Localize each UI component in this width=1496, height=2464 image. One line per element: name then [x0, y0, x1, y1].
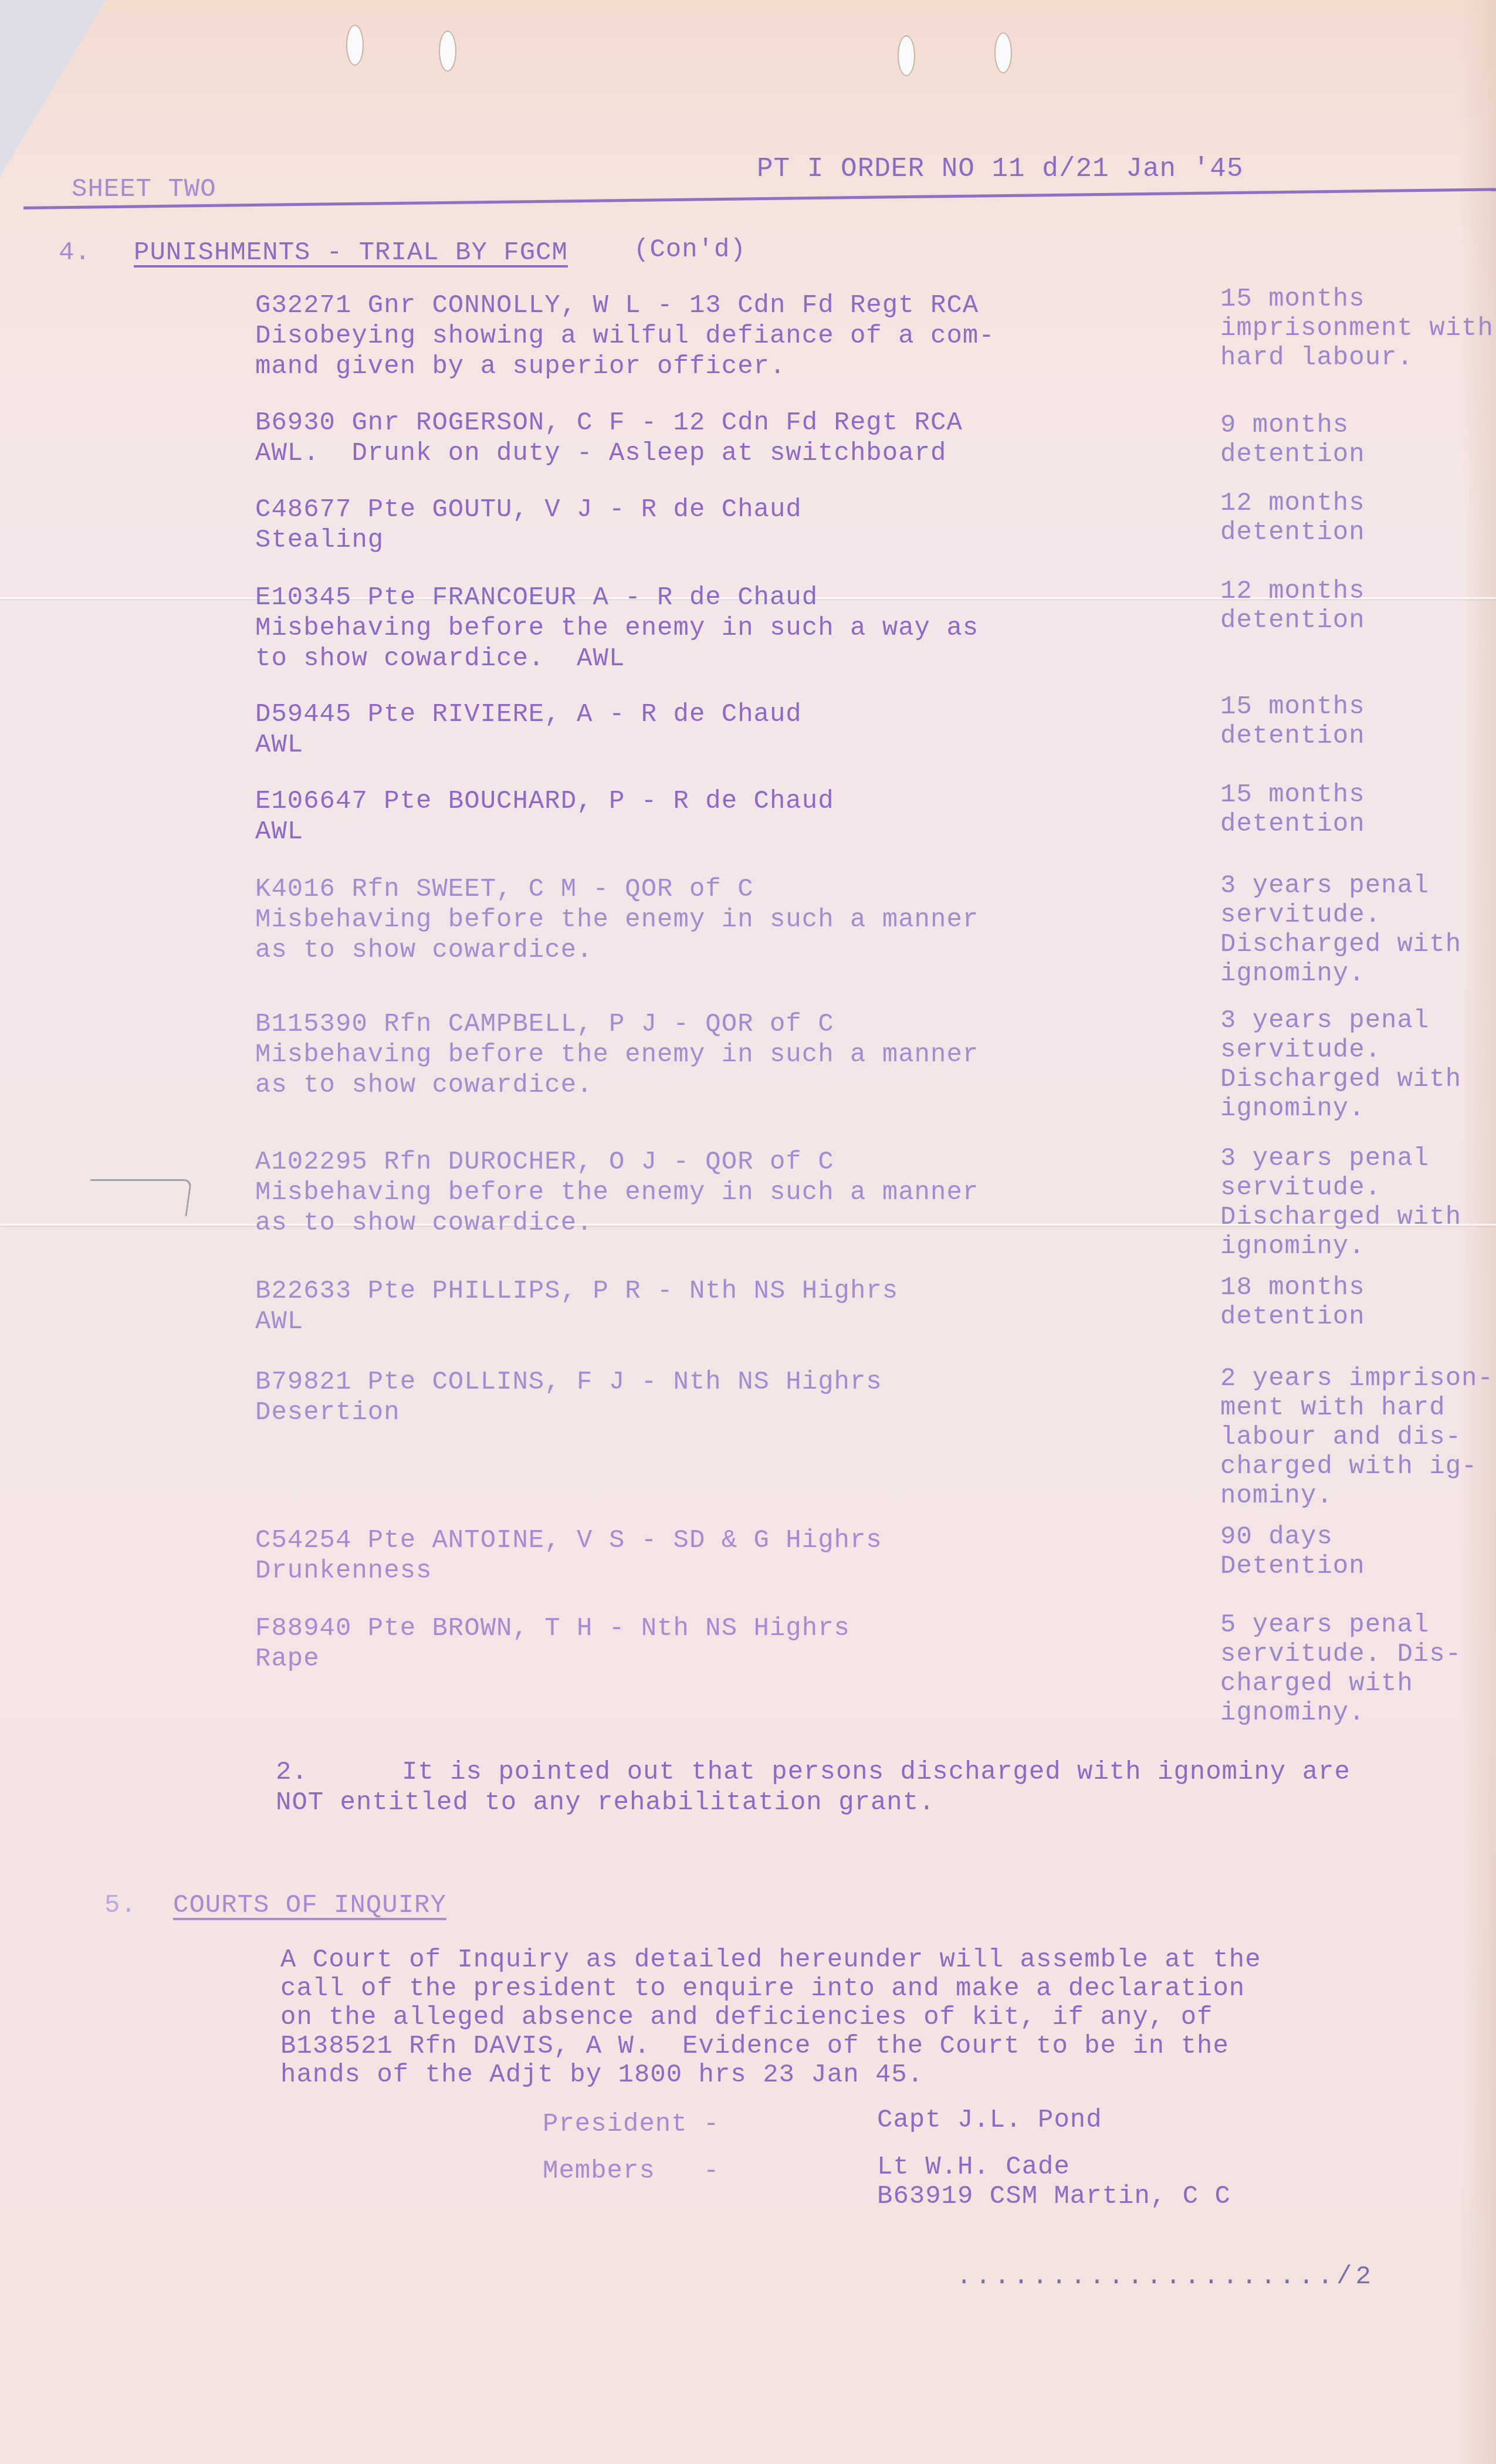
punch-hole-4	[994, 32, 1012, 73]
sentence: 3 years penalservitude.Discharged withig…	[1220, 1144, 1496, 1261]
punishment-entry: B115390 Rfn CAMPBELL, P J - QOR of CMisb…	[255, 1009, 1135, 1101]
order-reference: PT I ORDER NO 11 d/21 Jan '45	[757, 154, 1244, 184]
sentence-line: 3 years penal	[1220, 1144, 1496, 1173]
punishment-entry: E106647 Pte BOUCHARD, P - R de ChaudAWL	[255, 786, 1135, 847]
sentence-line: imprisonment with	[1220, 314, 1496, 343]
sheet-label: SHEET TWO	[72, 174, 216, 205]
offender-line: D59445 Pte RIVIERE, A - R de Chaud	[255, 699, 1135, 730]
sentence-line: charged with	[1220, 1669, 1496, 1698]
offence-line: Misbehaving before the enemy in such a m…	[255, 1177, 1135, 1208]
punch-hole-2	[439, 31, 456, 72]
note-line-1: It is pointed out that persons discharge…	[402, 1757, 1351, 1788]
sentence-line: detention	[1220, 722, 1496, 751]
president-name: Capt J.L. Pond	[877, 2105, 1102, 2135]
sentence-line: servitude.	[1220, 1035, 1496, 1065]
sentence-line: ignominy.	[1220, 1232, 1496, 1261]
sentence: 90 daysDetention	[1220, 1522, 1496, 1581]
offence-line: as to show cowardice.	[255, 1070, 1135, 1101]
offence-line: AWL	[255, 1307, 1135, 1337]
sentence-line: Detention	[1220, 1552, 1496, 1581]
offence-line: Desertion	[255, 1397, 1135, 1428]
section-4-title: PUNISHMENTS - TRIAL BY FGCM	[134, 238, 568, 268]
continuation-marker: ..................../2	[956, 2262, 1375, 2292]
offender-line: K4016 Rfn SWEET, C M - QOR of C	[255, 874, 1135, 905]
sentence: 15 monthsimprisonment withhard labour.	[1220, 285, 1496, 373]
sentence-line: 90 days	[1220, 1522, 1496, 1552]
note-number: 2.	[276, 1757, 308, 1788]
punishment-entry: D59445 Pte RIVIERE, A - R de ChaudAWL	[255, 699, 1135, 760]
sentence-line: 9 months	[1220, 411, 1496, 440]
sentence: 18 monthsdetention	[1220, 1273, 1496, 1332]
section-4-suffix: (Con'd)	[634, 235, 746, 265]
sentence-line: nominy.	[1220, 1481, 1496, 1511]
sentence-line: ignominy.	[1220, 959, 1496, 989]
punishment-entry: A102295 Rfn DUROCHER, O J - QOR of CMisb…	[255, 1147, 1135, 1238]
sentence-line: servitude.	[1220, 1173, 1496, 1203]
sentence: 12 monthsdetention	[1220, 489, 1496, 547]
offender-line: B22633 Pte PHILLIPS, P R - Nth NS Highrs	[255, 1276, 1135, 1307]
sentence-line: detention	[1220, 810, 1496, 839]
sentence-line: servitude.	[1220, 901, 1496, 930]
offender-line: B79821 Pte COLLINS, F J - Nth NS Highrs	[255, 1367, 1135, 1397]
punishment-entry: G32271 Gnr CONNOLLY, W L - 13 Cdn Fd Reg…	[255, 290, 1135, 382]
member-2: B63919 CSM Martin, C C	[877, 2181, 1231, 2212]
sentence-line: ignominy.	[1220, 1698, 1496, 1728]
sentence-line: detention	[1220, 606, 1496, 635]
sentence-line: ment with hard	[1220, 1393, 1496, 1423]
sentence-line: 12 months	[1220, 577, 1496, 606]
note-line-2: NOT entitled to any rehabilitation grant…	[276, 1788, 935, 1818]
sentence-line: 18 months	[1220, 1273, 1496, 1302]
sentence-line: detention	[1220, 440, 1496, 469]
punishment-entry: K4016 Rfn SWEET, C M - QOR of CMisbehavi…	[255, 874, 1135, 966]
members-label: Members -	[543, 2156, 719, 2187]
pencil-mark	[86, 1179, 192, 1216]
sentence-line: 5 years penal	[1220, 1610, 1496, 1640]
inquiry-paragraph-line-5: hands of the Adjt by 1800 hrs 23 Jan 45.	[280, 2060, 923, 2090]
sentence-line: detention	[1220, 1302, 1496, 1332]
offence-line: Drunkenness	[255, 1556, 1135, 1586]
sentence-line: 15 months	[1220, 780, 1496, 810]
offence-line: to show cowardice. AWL	[255, 644, 1135, 674]
sentence-line: 12 months	[1220, 489, 1496, 518]
offender-line: C48677 Pte GOUTU, V J - R de Chaud	[255, 495, 1135, 525]
sentence-line: hard labour.	[1220, 343, 1496, 373]
sentence-line: detention	[1220, 518, 1496, 547]
offence-line: Rape	[255, 1644, 1135, 1674]
inquiry-paragraph-line-1: A Court of Inquiry as detailed hereunder…	[280, 1945, 1261, 1975]
punishment-entry: F88940 Pte BROWN, T H - Nth NS HighrsRap…	[255, 1613, 1135, 1674]
sentence: 15 monthsdetention	[1220, 780, 1496, 839]
section-5-title: COURTS OF INQUIRY	[173, 1890, 446, 1921]
inquiry-paragraph-line-3: on the alleged absence and deficiencies …	[280, 2002, 1213, 2033]
offence-line: AWL	[255, 817, 1135, 847]
offender-line: B6930 Gnr ROGERSON, C F - 12 Cdn Fd Regt…	[255, 408, 1135, 438]
punishment-entry: B79821 Pte COLLINS, F J - Nth NS HighrsD…	[255, 1367, 1135, 1428]
inquiry-paragraph-line-4: B138521 Rfn DAVIS, A W. Evidence of the …	[280, 2031, 1229, 2062]
sentence-line: Discharged with	[1220, 930, 1496, 959]
sentence-line: labour and dis-	[1220, 1423, 1496, 1452]
offence-line: AWL. Drunk on duty - Asleep at switchboa…	[255, 438, 1135, 469]
sentence: 12 monthsdetention	[1220, 577, 1496, 635]
sentence-line: 15 months	[1220, 692, 1496, 722]
sentence-line: 3 years penal	[1220, 871, 1496, 901]
offender-line: E10345 Pte FRANCOEUR A - R de Chaud	[255, 583, 1135, 613]
sentence-line: 15 months	[1220, 285, 1496, 314]
section-5-number: 5.	[104, 1890, 137, 1921]
sentence-line: 2 years imprison-	[1220, 1364, 1496, 1393]
offence-line: as to show cowardice.	[255, 935, 1135, 966]
offence-line: as to show cowardice.	[255, 1208, 1135, 1238]
punishment-entry: B6930 Gnr ROGERSON, C F - 12 Cdn Fd Regt…	[255, 408, 1135, 469]
sentence: 9 monthsdetention	[1220, 411, 1496, 469]
sentence-line: charged with ig-	[1220, 1452, 1496, 1481]
section-4-number: 4.	[59, 238, 91, 268]
punch-hole-1	[346, 25, 364, 66]
sentence-line: Discharged with	[1220, 1065, 1496, 1094]
offender-line: F88940 Pte BROWN, T H - Nth NS Highrs	[255, 1613, 1135, 1644]
punishment-entry: C48677 Pte GOUTU, V J - R de ChaudSteali…	[255, 495, 1135, 556]
sentence: 2 years imprison-ment with hardlabour an…	[1220, 1364, 1496, 1511]
member-1: Lt W.H. Cade	[877, 2152, 1070, 2182]
offence-line: Disobeying showing a wilful defiance of …	[255, 321, 1135, 351]
punch-hole-3	[898, 35, 915, 76]
offender-line: C54254 Pte ANTOINE, V S - SD & G Highrs	[255, 1525, 1135, 1556]
sentence-line: 3 years penal	[1220, 1006, 1496, 1035]
sentence-line: Discharged with	[1220, 1203, 1496, 1232]
offence-line: Misbehaving before the enemy in such a m…	[255, 905, 1135, 935]
offence-line: mand given by a superior officer.	[255, 351, 1135, 382]
president-label: President -	[543, 2109, 719, 2140]
sentence: 3 years penalservitude.Discharged withig…	[1220, 871, 1496, 989]
offence-line: AWL	[255, 730, 1135, 760]
offender-line: E106647 Pte BOUCHARD, P - R de Chaud	[255, 786, 1135, 817]
offender-line: A102295 Rfn DUROCHER, O J - QOR of C	[255, 1147, 1135, 1177]
sentence: 5 years penalservitude. Dis-charged with…	[1220, 1610, 1496, 1728]
sentence-line: ignominy.	[1220, 1094, 1496, 1123]
offender-line: B115390 Rfn CAMPBELL, P J - QOR of C	[255, 1009, 1135, 1040]
sentence: 15 monthsdetention	[1220, 692, 1496, 751]
inquiry-paragraph-line-2: call of the president to enquire into an…	[280, 1974, 1245, 2004]
punishment-entry: E10345 Pte FRANCOEUR A - R de ChaudMisbe…	[255, 583, 1135, 674]
offence-line: Misbehaving before the enemy in such a m…	[255, 1040, 1135, 1070]
offence-line: Misbehaving before the enemy in such a w…	[255, 613, 1135, 644]
offence-line: Stealing	[255, 525, 1135, 556]
punishment-entry: B22633 Pte PHILLIPS, P R - Nth NS Highrs…	[255, 1276, 1135, 1337]
offender-line: G32271 Gnr CONNOLLY, W L - 13 Cdn Fd Reg…	[255, 290, 1135, 321]
sentence: 3 years penalservitude.Discharged withig…	[1220, 1006, 1496, 1123]
punishment-entry: C54254 Pte ANTOINE, V S - SD & G HighrsD…	[255, 1525, 1135, 1586]
sentence-line: servitude. Dis-	[1220, 1640, 1496, 1669]
